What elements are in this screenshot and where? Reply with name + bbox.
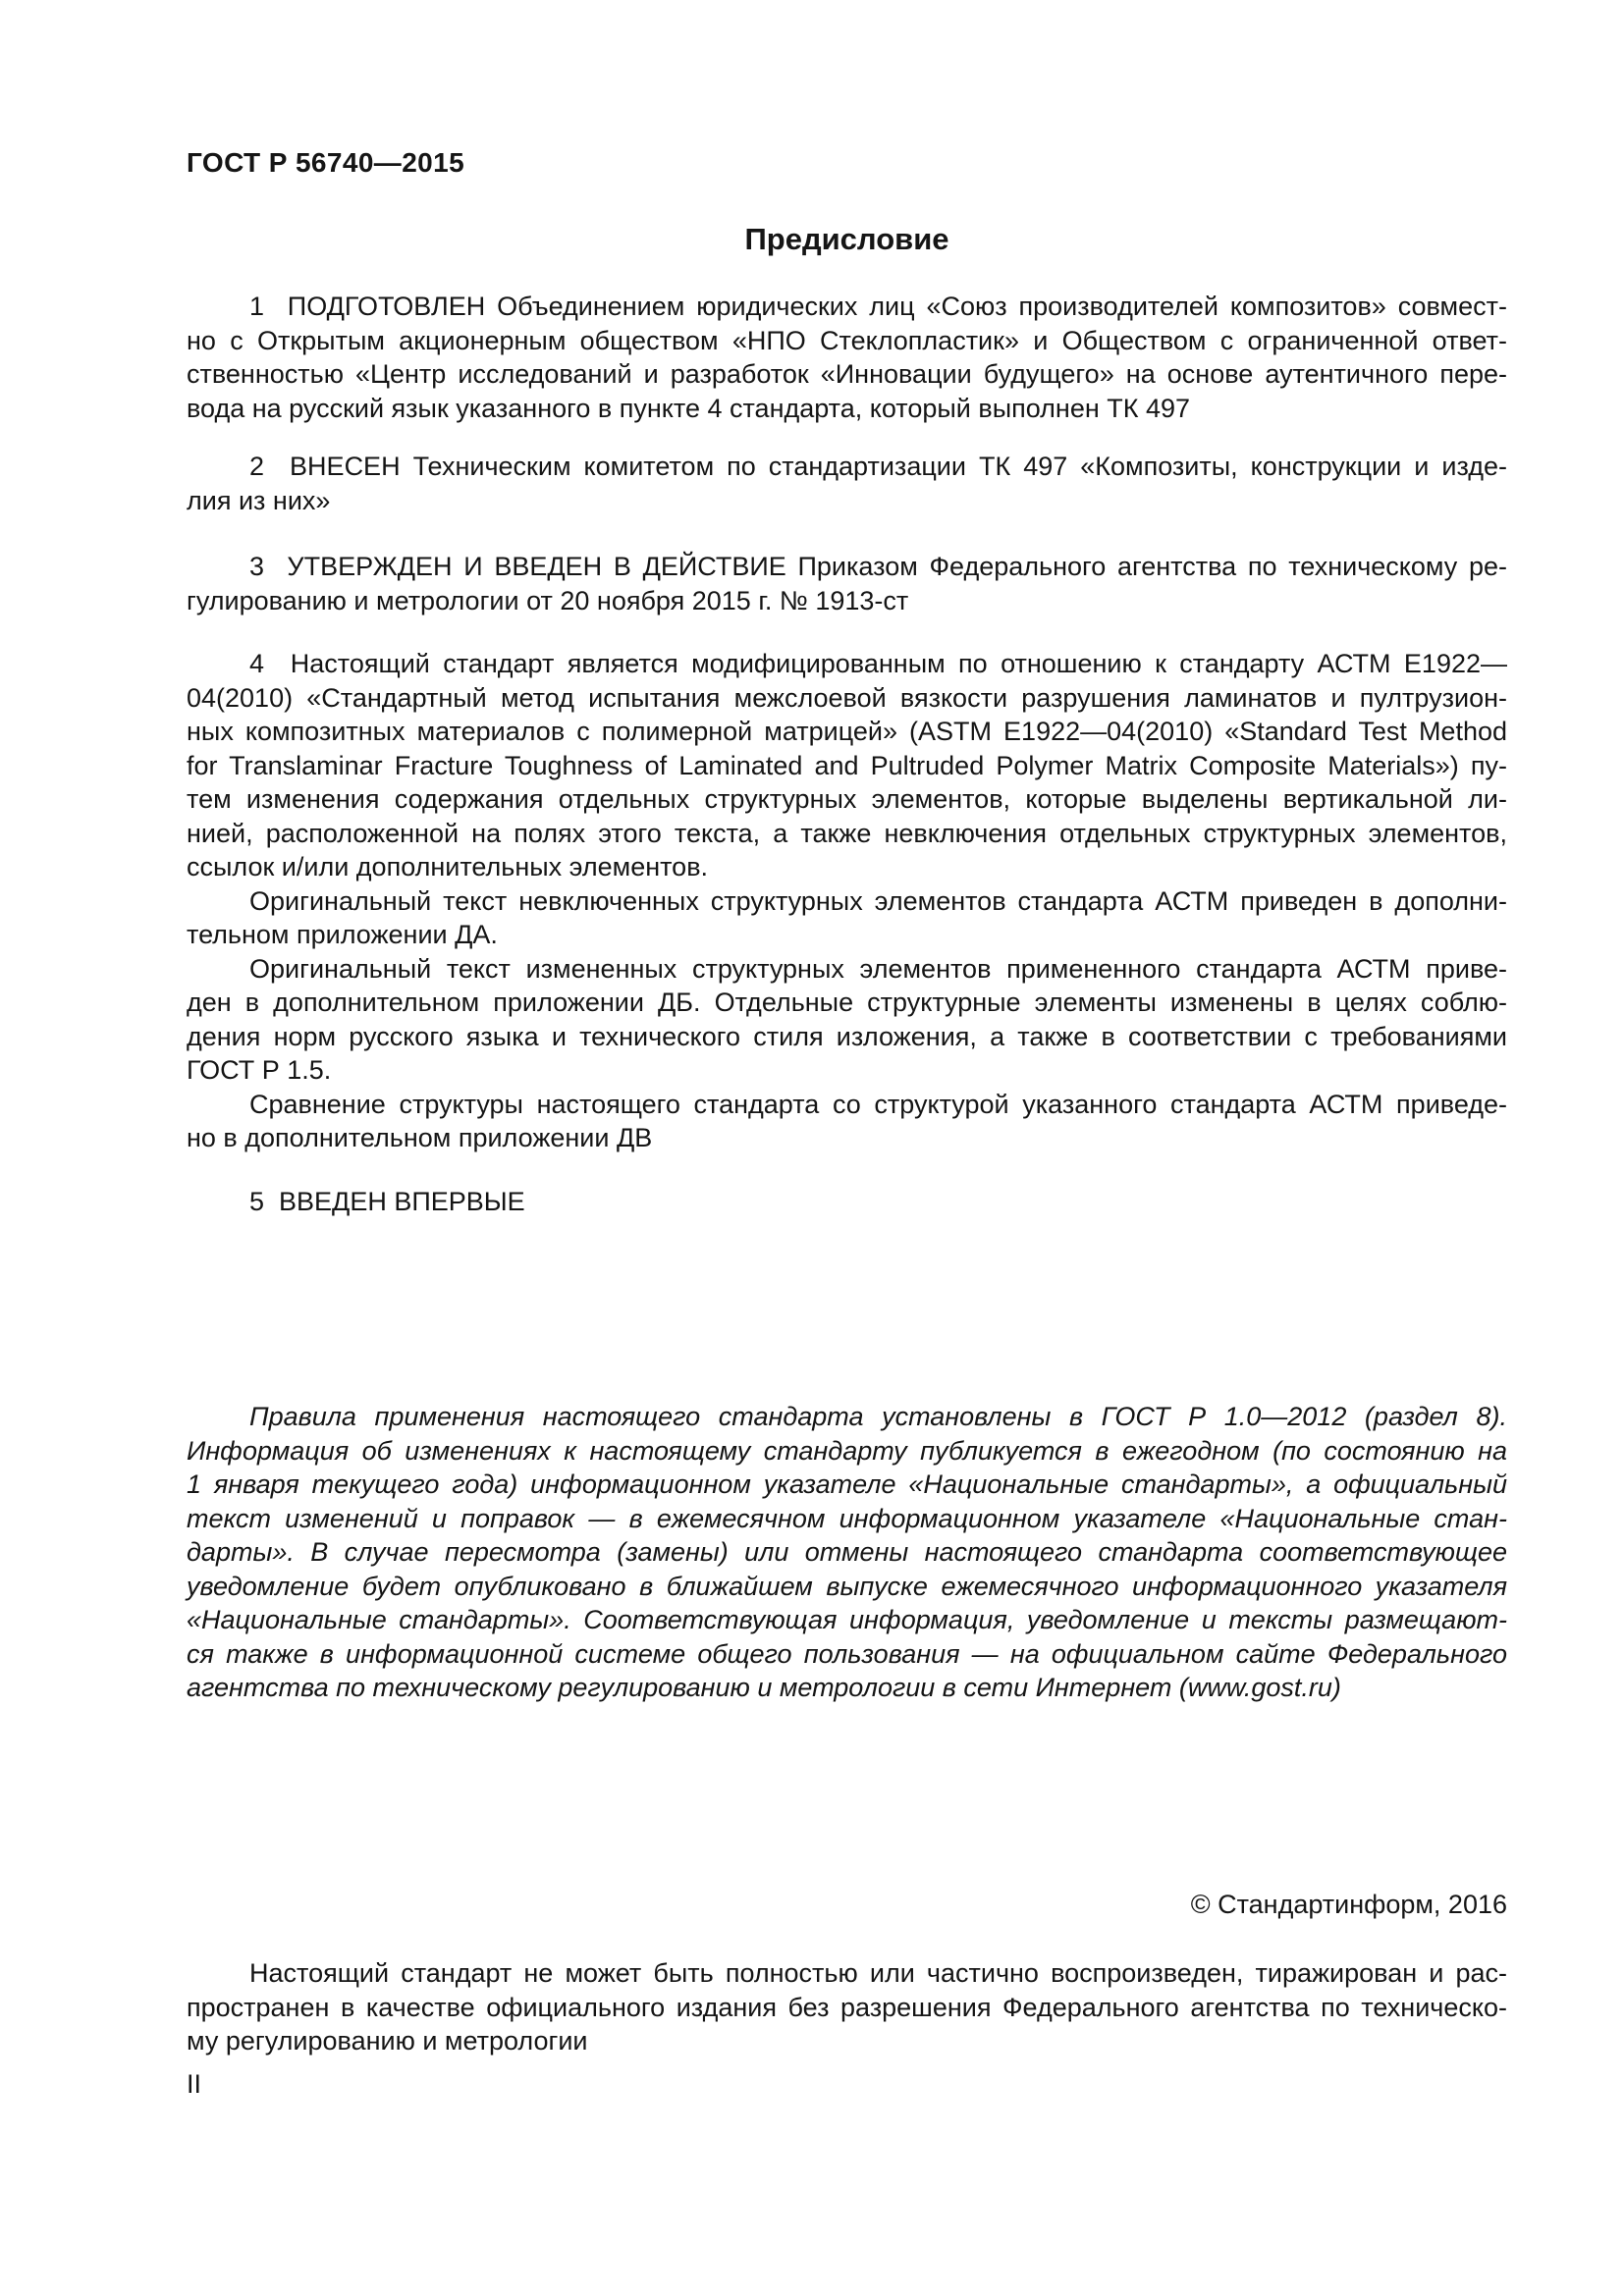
clause-4-modified: 4 Настоящий стандарт является модифициро… <box>187 647 1507 884</box>
clause-4-annex-db-note: Оригинальный текст измененных структурны… <box>187 952 1507 1088</box>
clause-4-annex-da-note: Оригинальный текст невключенных структур… <box>187 884 1507 952</box>
page-content: 1 ПОДГОТОВЛЕН Объединением юридических л… <box>187 290 1507 2101</box>
text-line: тельном приложении ДА. <box>187 918 1507 952</box>
text-line: ных композитных материалов с полимерной … <box>187 715 1507 749</box>
text-line: уведомление будет опубликовано в ближайш… <box>187 1570 1507 1604</box>
text-line: дения норм русского языка и технического… <box>187 1020 1507 1054</box>
clause-1-prepared: 1 ПОДГОТОВЛЕН Объединением юридических л… <box>187 290 1507 425</box>
clause-4-annex-dv-note: Сравнение структуры настоящего стандарта… <box>187 1088 1507 1155</box>
text-line: 3 УТВЕРЖДЕН И ВВЕДЕН В ДЕЙСТВИЕ Приказом… <box>187 550 1507 584</box>
clause-2-submitted: 2 ВНЕСЕН Техническим комитетом по станда… <box>187 450 1507 517</box>
text-line: агентства по техническому регулированию … <box>187 1671 1507 1705</box>
text-line: текст изменений и поправок — в ежемесячн… <box>187 1502 1507 1536</box>
text-line: Информация об изменениях к настоящему ст… <box>187 1434 1507 1468</box>
text-line: лия из них» <box>187 484 1507 518</box>
clause-5-first-time: 5 ВВЕДЕН ВПЕРВЫЕ <box>187 1185 1507 1219</box>
page-number: II <box>187 2067 1507 2102</box>
text-line: гулированию и метрологии от 20 ноября 20… <box>187 584 1507 618</box>
text-line: пространен в качестве официального издан… <box>187 1991 1507 2025</box>
page-title: Предисловие <box>187 222 1507 257</box>
text-line: 1 ПОДГОТОВЛЕН Объединением юридических л… <box>187 290 1507 324</box>
reproduction-restriction-note: Настоящий стандарт не может быть полност… <box>187 1956 1507 2058</box>
text-line: ся также в информационной системе общего… <box>187 1637 1507 1672</box>
text-line: 4 Настоящий стандарт является модифициро… <box>187 647 1507 681</box>
text-line: 5 ВВЕДЕН ВПЕРВЫЕ <box>187 1185 1507 1219</box>
text-line: for Translaminar Fracture Toughness of L… <box>187 749 1507 783</box>
text-line: но с Открытым акционерным обществом «НПО… <box>187 324 1507 358</box>
text-line: ден в дополнительном приложении ДБ. Отде… <box>187 986 1507 1020</box>
body-blocks: 1 ПОДГОТОВЛЕН Объединением юридических л… <box>187 290 1507 2058</box>
text-line: Настоящий стандарт не может быть полност… <box>187 1956 1507 1991</box>
text-line: ГОСТ Р 1.5. <box>187 1053 1507 1088</box>
text-line: дарты». В случае пересмотра (замены) или… <box>187 1535 1507 1570</box>
text-line: 2 ВНЕСЕН Техническим комитетом по станда… <box>187 450 1507 484</box>
text-line: но в дополнительном приложении ДВ <box>187 1121 1507 1155</box>
text-line: нией, расположенной на полях этого текст… <box>187 817 1507 851</box>
text-line: Оригинальный текст измененных структурны… <box>187 952 1507 987</box>
document-page: ГОСТ Р 56740—2015 Предисловие 1 ПОДГОТОВ… <box>0 0 1624 2296</box>
text-line: ссылок и/или дополнительных элементов. <box>187 850 1507 884</box>
text-line: Сравнение структуры настоящего стандарта… <box>187 1088 1507 1122</box>
text-line: «Национальные стандарты». Соответствующа… <box>187 1603 1507 1637</box>
text-line: Правила применения настоящего стандарта … <box>187 1400 1507 1434</box>
text-line: 1 января текущего года) информационном у… <box>187 1468 1507 1502</box>
clause-3-approved: 3 УТВЕРЖДЕН И ВВЕДЕН В ДЕЙСТВИЕ Приказом… <box>187 550 1507 617</box>
doc-code: ГОСТ Р 56740—2015 <box>187 147 464 179</box>
text-line: © Стандартинформ, 2016 <box>187 1888 1507 1922</box>
text-line: тем изменения содержания отдельных струк… <box>187 782 1507 817</box>
text-line: 04(2010) «Стандартный метод испытания ме… <box>187 681 1507 716</box>
text-line: вода на русский язык указанного в пункте… <box>187 392 1507 426</box>
copyright-line: © Стандартинформ, 2016 <box>187 1888 1507 1922</box>
text-line: му регулированию и метрологии <box>187 2024 1507 2058</box>
text-line: Оригинальный текст невключенных структур… <box>187 884 1507 919</box>
standard-application-notice: Правила применения настоящего стандарта … <box>187 1400 1507 1705</box>
text-line: ственностью «Центр исследований и разраб… <box>187 357 1507 392</box>
